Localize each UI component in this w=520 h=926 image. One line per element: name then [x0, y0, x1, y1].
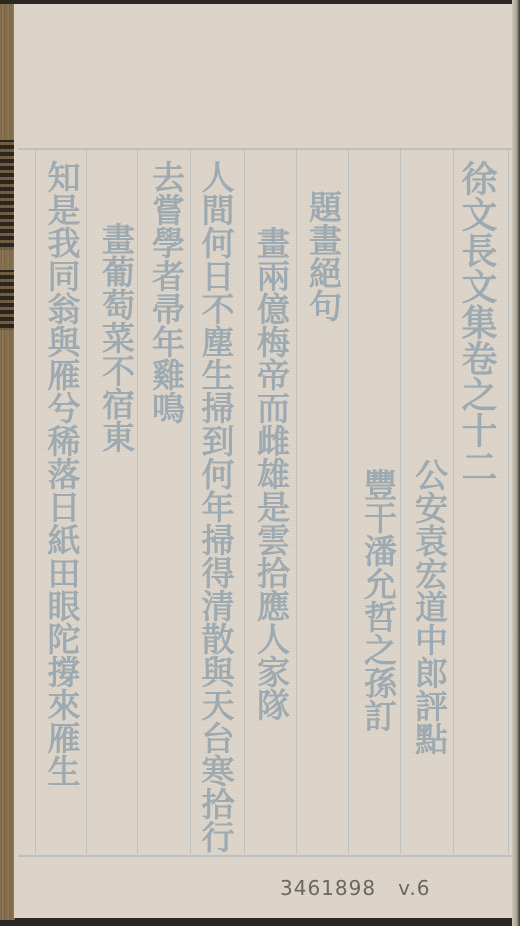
editor-credit: 豐干潘允哲之孫訂 — [357, 468, 400, 732]
poem-line: 畫兩億梅帝而雌雄是雲拾應人家隊 — [252, 226, 291, 721]
commentator-credit: 公安袁宏道中郎評點 — [408, 458, 451, 755]
binding-stain — [0, 140, 15, 250]
page-edge — [512, 0, 520, 926]
column-rule — [86, 148, 87, 854]
column-rule — [296, 148, 297, 854]
column-rule — [190, 148, 191, 854]
poem-line: 去嘗學者帚年雞鳴 — [148, 160, 184, 424]
column-rule — [137, 148, 138, 854]
catalog-number: 3461898 — [280, 876, 376, 900]
volume-title: 徐文長文集卷之十二 — [455, 160, 499, 484]
poem-line: 人間何日不塵生掃到何年掃得清散與天台寒拾行 — [200, 160, 232, 853]
column-rule — [35, 148, 36, 854]
poem-heading: 畫葡萄菜不宿東 — [98, 222, 135, 453]
catalog-note: 3461898v.6 — [280, 876, 430, 900]
column-rule — [453, 148, 454, 854]
binding-stain — [0, 270, 15, 330]
column-rule — [400, 148, 401, 854]
column-rule — [508, 148, 509, 854]
volume-number: v.6 — [398, 876, 430, 900]
column-rule — [348, 148, 349, 854]
section-heading: 題畫絕句 — [303, 190, 343, 322]
column-rule — [244, 148, 245, 854]
poem-line: 知是我同翁與雁兮稀落日紙田眼陀撐來雁生 — [44, 160, 79, 787]
